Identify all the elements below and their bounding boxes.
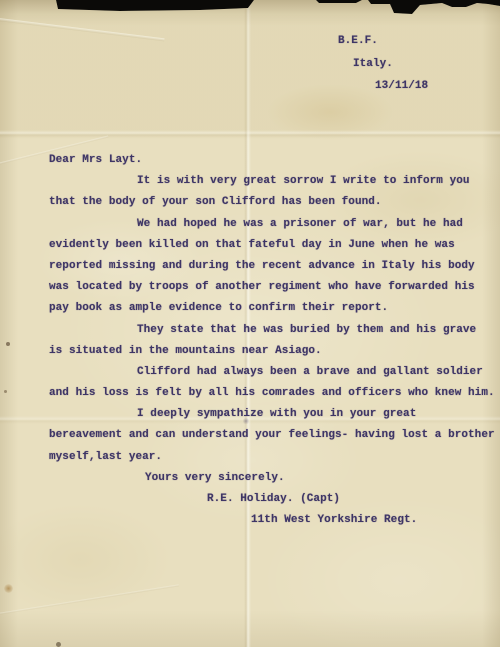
letter-body: Dear Mrs Layt.It is with very great sorr…: [0, 150, 500, 531]
letterhead-place: Italy.: [353, 58, 393, 70]
paper-crease-bottom-left: [0, 584, 179, 617]
paper-stain: [4, 584, 13, 593]
letter-line: They state that he was buried by them an…: [0, 320, 500, 341]
paper-speck: [56, 642, 61, 647]
letter-line: I deeply sympathize with you in your gre…: [0, 404, 500, 425]
letter-line: Yours very sincerely.: [0, 468, 500, 489]
letter-line: It is with very great sorrow I write to …: [0, 171, 500, 192]
scanned-letter-stage: B.E.F. Italy. 13/11/18 Dear Mrs Layt.It …: [0, 0, 500, 647]
letter-line: myself,last year.: [0, 447, 500, 468]
letter-line: We had hoped he was a prisoner of war, b…: [0, 214, 500, 235]
letterhead-date: 13/11/18: [375, 80, 428, 92]
letter-line: was located by troops of another regimen…: [0, 277, 500, 298]
paper-crease-top-left: [0, 18, 165, 42]
letter-line: pay book as ample evidence to confirm th…: [0, 298, 500, 319]
letter-line: and his loss is felt by all his comrades…: [0, 383, 500, 404]
letter-line: bereavement and can understand your feel…: [0, 425, 500, 446]
letter-paper: B.E.F. Italy. 13/11/18 Dear Mrs Layt.It …: [0, 0, 500, 647]
letter-line: Dear Mrs Layt.: [0, 150, 500, 171]
letter-line: evidently been killed on that fateful da…: [0, 235, 500, 256]
letter-line: Clifford had always been a brave and gal…: [0, 362, 500, 383]
letter-line: reported missing and during the recent a…: [0, 256, 500, 277]
letter-line: that the body of your son Clifford has b…: [0, 192, 500, 213]
letterhead-unit: B.E.F.: [338, 35, 378, 47]
letter-line: 11th West Yorkshire Regt.: [0, 510, 500, 531]
letter-line: is situated in the mountains near Asiago…: [0, 341, 500, 362]
letter-line: R.E. Holiday. (Capt): [0, 489, 500, 510]
